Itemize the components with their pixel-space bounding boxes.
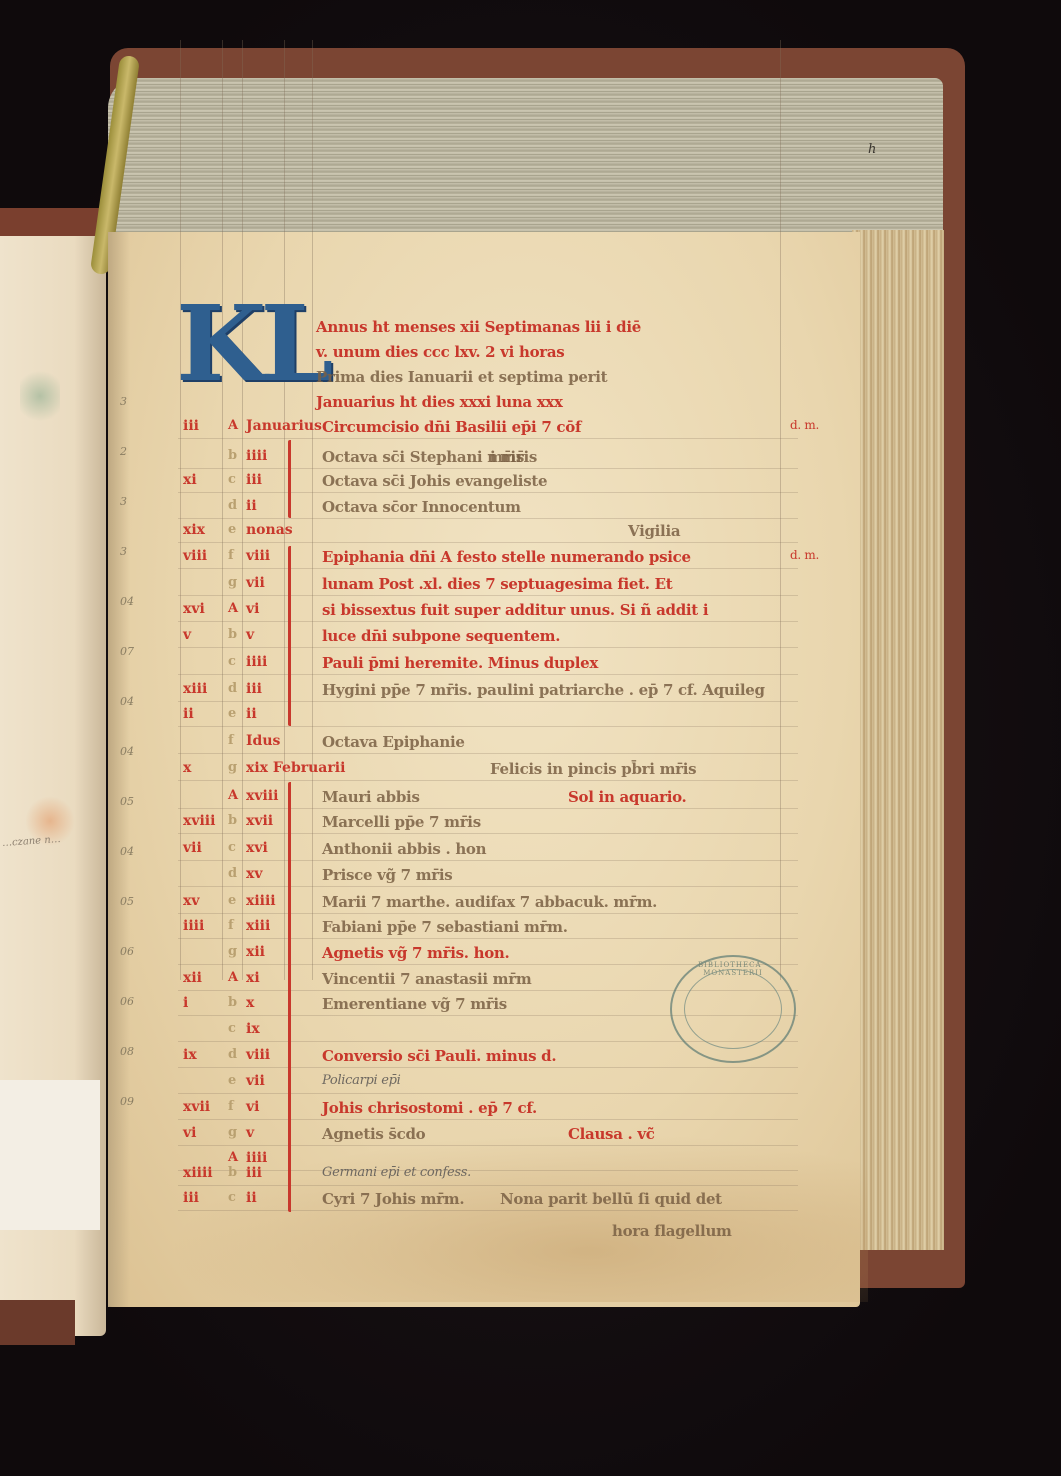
feast-entry: Prisce vg̃ 7 mr̄is: [322, 866, 452, 884]
ruling-line: [178, 886, 798, 887]
feast-entry: lunam Post .xl. dies 7 septuagesima fiet…: [322, 575, 672, 593]
roman-day: vi: [246, 601, 259, 617]
folio-pencil-number: 09: [120, 1095, 134, 1108]
feast-entry: Marii 7 marthe. audifax 7 abbacuk. mr̄m.: [322, 893, 657, 911]
roman-day: nonas: [246, 522, 293, 538]
golden-number: xviii: [183, 813, 215, 829]
roman-day: vi: [246, 1099, 259, 1115]
folio-pencil-number: 06: [120, 945, 134, 958]
dominical-letter: A: [228, 970, 238, 985]
ruling-line: [780, 40, 781, 980]
ruling-line: [284, 40, 285, 980]
left-book-cover: [0, 208, 110, 238]
roman-day: v: [246, 627, 254, 643]
right-column-entry: Vigilia: [628, 522, 680, 540]
left-book-cover-bottom: [0, 1300, 75, 1345]
ruling-line: [178, 595, 798, 596]
roman-day: iii: [246, 681, 262, 697]
roman-day: Idus: [246, 733, 280, 749]
roman-day: xiii: [246, 918, 270, 934]
footer-line: hora flagellum: [612, 1222, 732, 1240]
ruling-line: [178, 542, 798, 543]
roman-day: viii: [246, 548, 270, 564]
folio-pencil-number: 3: [120, 495, 127, 508]
ruling-line: [178, 701, 798, 702]
golden-number: iiii: [183, 918, 204, 934]
roman-day: xv: [246, 866, 262, 882]
ruling-line: [178, 674, 798, 675]
feast-entry: si bissextus fuit super additur unus. Si…: [322, 601, 708, 619]
roman-day: iii: [246, 472, 262, 488]
header-line: Januarius ht dies xxxi luna xxx: [316, 393, 563, 411]
kalend-bracket: [288, 782, 301, 1212]
folio-pencil-number: 2: [120, 445, 127, 458]
feast-entry: Octava sc̄i Johis evangeliste: [322, 472, 547, 490]
ruling-line: [312, 40, 313, 980]
roman-day: vii: [246, 1073, 265, 1089]
ruling-line: [178, 1185, 798, 1186]
ruling-line: [178, 492, 798, 493]
folio-pencil-number: 06: [120, 995, 134, 1008]
dominical-letter: b: [228, 1165, 237, 1180]
roman-day: v: [246, 1125, 254, 1141]
ruling-line: [178, 1170, 798, 1171]
dominical-letter: c: [228, 840, 236, 855]
dominical-letter: d: [228, 866, 237, 881]
feast-entry: Vincentii 7 anastasii mr̄m: [322, 970, 531, 988]
golden-number: xvi: [183, 601, 205, 617]
dominical-letter: f: [228, 1099, 234, 1114]
initial-glyph: KL: [176, 292, 308, 396]
header-line: Annus ht menses xii Septimanas lii i diē: [316, 318, 641, 336]
dominical-letter: c: [228, 1190, 236, 1205]
folio-pencil-number: 07: [120, 645, 134, 658]
feast-entry: Germani ep̄i et confess.: [322, 1165, 471, 1180]
folio-pencil-number: 05: [120, 795, 134, 808]
golden-number: vii: [183, 840, 202, 856]
gutter-shadow: [108, 232, 130, 1307]
folio-pencil-number: 3: [120, 545, 127, 558]
dominical-letter: e: [228, 706, 236, 721]
dominical-letter: b: [228, 448, 237, 463]
dominical-letter: e: [228, 522, 236, 537]
right-column-entry: i mr̄is: [490, 448, 537, 466]
feast-entry: Mauri abbis: [322, 788, 420, 806]
roman-day: xix Februarii: [246, 760, 345, 776]
dominical-letter: e: [228, 893, 236, 908]
feast-entry: Anthonii abbis . hon: [322, 840, 486, 858]
golden-number: xiii: [183, 681, 207, 697]
roman-day: xviii: [246, 788, 278, 804]
feast-entry: Agnetis s̄cdo: [322, 1125, 425, 1143]
header-line: v. unum dies ccc lxv. 2 vi horas: [316, 343, 564, 361]
dominical-letter: b: [228, 813, 237, 828]
dominical-letter: A: [228, 1150, 238, 1165]
header-line: Prima dies Ianuarii et septima perit: [316, 368, 607, 386]
folio-pencil-number: 3: [120, 395, 127, 408]
roman-day: xvi: [246, 840, 268, 856]
feast-entry: Epiphania dn̄i A festo stelle numerando …: [322, 548, 691, 566]
feast-entry: Octava sc̄or Innocentum: [322, 498, 521, 516]
stamp-inner-ring: [684, 969, 782, 1049]
folio-pencil-number: 04: [120, 845, 134, 858]
dominical-letter: d: [228, 498, 237, 513]
feast-entry: Policarpi ep̄i: [322, 1073, 401, 1088]
roman-day: xvii: [246, 813, 273, 829]
golden-number: xvii: [183, 1099, 210, 1115]
dominical-letter: c: [228, 654, 236, 669]
ruling-line: [178, 1210, 798, 1211]
golden-number: xv: [183, 893, 199, 909]
golden-number: vi: [183, 1125, 196, 1141]
page-block-fore-edge: [852, 230, 944, 1250]
feast-entry: luce dn̄i subpone sequentem.: [322, 627, 560, 645]
golden-number: ii: [183, 706, 194, 722]
ruling-line: [178, 647, 798, 648]
roman-day: xi: [246, 970, 260, 986]
stain: [20, 366, 60, 426]
ruling-line: [178, 860, 798, 861]
roman-day: ii: [246, 706, 257, 722]
right-column-entry: Clausa . vc̃: [568, 1125, 655, 1143]
roman-day: x: [246, 995, 254, 1011]
golden-number: iii: [183, 418, 199, 434]
ruling-line: [178, 468, 798, 469]
golden-number: xix: [183, 522, 205, 538]
folio-pencil-number: 04: [120, 745, 134, 758]
ruling-line: [222, 40, 223, 980]
right-column-entry: Nona parit bellū ſi quid det: [500, 1190, 722, 1208]
dominical-letter: d: [228, 1047, 237, 1062]
roman-day: iiii: [246, 1150, 267, 1166]
dominical-letter: g: [228, 575, 237, 590]
feast-entry: Octava Epiphanie: [322, 733, 465, 751]
golden-number: xi: [183, 472, 197, 488]
feast-entry: Pauli p̄mi heremite. Minus duplex: [322, 654, 598, 672]
roman-day: iiii: [246, 448, 267, 464]
dominical-letter: A: [228, 788, 238, 803]
folio-pencil-number: 04: [120, 695, 134, 708]
ruling-line: [178, 833, 798, 834]
ruling-line: [178, 913, 798, 914]
ruling-line: [178, 1067, 798, 1068]
golden-number: x: [183, 760, 191, 776]
golden-number: xii: [183, 970, 202, 986]
kalend-bracket: [288, 546, 301, 726]
golden-number: viii: [183, 548, 207, 564]
roman-day: vii: [246, 575, 265, 591]
golden-number: xiiii: [183, 1165, 213, 1181]
margin-note: d. m.: [790, 548, 819, 562]
ruling-line: [178, 726, 798, 727]
feast-entry: Emerentiane vg̃ 7 mr̄is: [322, 995, 507, 1013]
dominical-letter: f: [228, 548, 234, 563]
ruling-line: [178, 938, 798, 939]
stain: [168, 1132, 868, 1302]
dominical-letter: g: [228, 760, 237, 775]
golden-number: v: [183, 627, 191, 643]
dominical-letter: g: [228, 944, 237, 959]
feast-entry: Marcelli pp̄e 7 mr̄is: [322, 813, 481, 831]
feast-entry: Cyri 7 Johis mr̄m.: [322, 1190, 464, 1208]
ruling-line: [178, 1119, 798, 1120]
right-column-entry: Felicis in pincis pb̄ri mr̄is: [490, 760, 696, 778]
ruling-line: [180, 40, 181, 980]
feast-entry: Johis chrisostomi . ep̄ 7 cf.: [322, 1099, 537, 1117]
dominical-letter: c: [228, 1021, 236, 1036]
ruling-line: [178, 518, 798, 519]
edge-mark: h: [868, 142, 876, 157]
ruling-line: [242, 40, 243, 980]
library-stamp: BIBLIOTHECA · MONASTERII: [670, 955, 796, 1063]
ruling-line: [178, 753, 798, 754]
roman-day: Januarius: [246, 418, 322, 434]
kalend-bracket: [288, 440, 301, 518]
ruling-line: [178, 780, 798, 781]
roman-day: xii: [246, 944, 265, 960]
feast-entry: Hygini pp̄e 7 mr̄is. paulini patriarche …: [322, 681, 765, 699]
right-column-entry: Sol in aquario.: [568, 788, 686, 806]
ruling-line: [178, 1145, 798, 1146]
roman-day: iiii: [246, 654, 267, 670]
pencil-note: …czane n…: [2, 834, 61, 849]
roman-day: ii: [246, 498, 257, 514]
dominical-letter: f: [228, 918, 234, 933]
feast-entry: Circumcisio dn̄i Basilii ep̄i 7 cōf: [322, 418, 581, 436]
roman-day: viii: [246, 1047, 270, 1063]
kl-initial: KL: [176, 292, 308, 408]
dominical-letter: c: [228, 472, 236, 487]
page-block-top-edge: [108, 78, 943, 238]
stamp-text: BIBLIOTHECA · MONASTERII: [672, 961, 794, 977]
ruling-line: [178, 568, 798, 569]
roman-day: xiiii: [246, 893, 276, 909]
left-page-flyleaf: [0, 1080, 100, 1230]
folio-pencil-number: 05: [120, 895, 134, 908]
dominical-letter: b: [228, 995, 237, 1010]
dominical-letter: e: [228, 1073, 236, 1088]
dominical-letter: f: [228, 733, 234, 748]
roman-day: iii: [246, 1165, 262, 1181]
dominical-letter: b: [228, 627, 237, 642]
dominical-letter: g: [228, 1125, 237, 1140]
feast-entry: Agnetis vg̃ 7 mr̄is. hon.: [322, 944, 509, 962]
golden-number: iii: [183, 1190, 199, 1206]
ruling-line: [178, 438, 798, 439]
feast-entry: Fabiani pp̄e 7 sebastiani mr̄m.: [322, 918, 568, 936]
folio-pencil-number: 08: [120, 1045, 134, 1058]
dominical-letter: A: [228, 601, 238, 616]
golden-number: i: [183, 995, 188, 1011]
ruling-line: [178, 808, 798, 809]
ruling-line: [178, 621, 798, 622]
ruling-line: [178, 1093, 798, 1094]
dominical-letter: A: [228, 418, 238, 433]
feast-entry: Conversio sc̄i Pauli. minus d.: [322, 1047, 556, 1065]
roman-day: ii: [246, 1190, 257, 1206]
margin-note: d. m.: [790, 418, 819, 432]
folio-pencil-number: 04: [120, 595, 134, 608]
golden-number: ix: [183, 1047, 197, 1063]
dominical-letter: d: [228, 681, 237, 696]
roman-day: ix: [246, 1021, 260, 1037]
